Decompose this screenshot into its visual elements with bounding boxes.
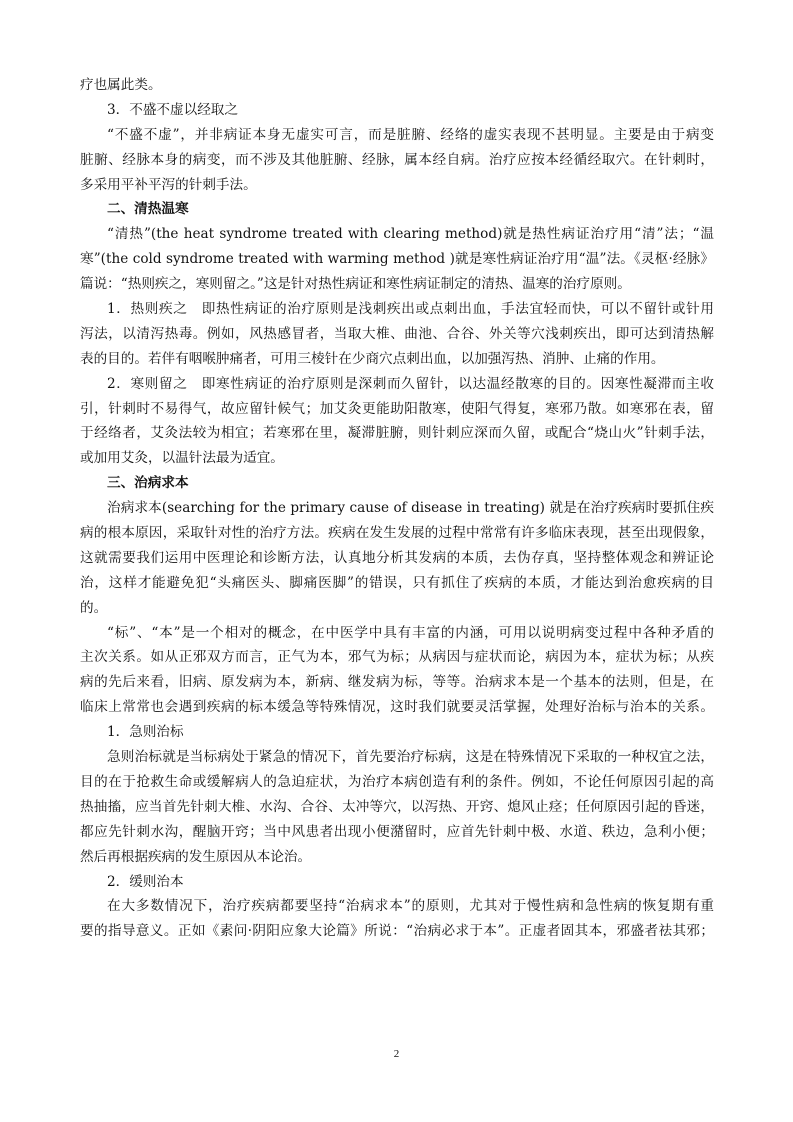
text-line: 表的目的。若伴有咽喉肿痛者，可用三棱针在少商穴点刺出血，以加强泻热、消肿、止痛的… [80, 347, 714, 372]
section-heading: 二、清热温寒 [80, 197, 714, 222]
text-line: 疗也属此类。 [80, 73, 714, 98]
text-line: 临床上常常也会遇到疾病的标本缓急等特殊情况，这时我们就要灵活掌握，处理好治标与治… [80, 695, 714, 720]
text-line: 泻法，以清泻热毒。例如，风热感冒者，当取大椎、曲池、合谷、外关等穴浅刺疾出，即可… [80, 322, 714, 347]
section-heading: 三、治病求本 [80, 471, 714, 496]
text-line: 主次关系。如从正邪双方而言，正气为本，邪气为标；从病因与症状而论，病因为本，症状… [80, 645, 714, 670]
text-line: 3．不盛不虚以经取之 [80, 98, 714, 123]
document-page: 疗也属此类。3．不盛不虚以经取之“不盛不虚”，并非病证本身无虚实可言，而是脏腑、… [80, 73, 714, 944]
text-line: 治病求本(searching for the primary cause of … [80, 496, 714, 521]
text-line: 引，针刺时不易得气，故应留针候气；加艾灸更能助阳散寒，使阳气得复，寒邪乃散。如寒… [80, 397, 714, 422]
text-line: 于经络者，艾灸法较为相宜；若寒邪在里，凝滞脏腑，则针刺应深而久留，或配合“烧山火… [80, 421, 714, 446]
text-line: 热抽搐，应当首先针刺大椎、水沟、合谷、太冲等穴，以泻热、开窍、熄风止痉；任何原因… [80, 795, 714, 820]
text-line: “标”、“本”是一个相对的概念，在中医学中具有丰富的内涵，可用以说明病变过程中各… [80, 621, 714, 646]
text-line: 篇说：“热则疾之，寒则留之。”这是针对热性病证和寒性病证制定的清热、温寒的治疗原… [80, 272, 714, 297]
text-line: 的。 [80, 596, 714, 621]
text-line: “清热”(the heat syndrome treated with clea… [80, 222, 714, 247]
text-line: 在大多数情况下，治疗疾病都要坚持“治病求本”的原则，尤其对于慢性病和急性病的恢复… [80, 894, 714, 919]
text-line: 急则治标就是当标病处于紧急的情况下，首先要治疗标病，这是在特殊情况下采取的一种权… [80, 745, 714, 770]
text-line: 要的指导意义。正如《素问·阴阳应象大论篇》所说：“治病必求于本”。正虚者固其本，… [80, 919, 714, 944]
text-line: 病的先后来看，旧病、原发病为本，新病、继发病为标，等等。治病求本是一个基本的法则… [80, 670, 714, 695]
text-line: “不盛不虚”，并非病证本身无虚实可言，而是脏腑、经络的虚实表现不甚明显。主要是由… [80, 123, 714, 148]
page-number: 2 [0, 1048, 793, 1060]
text-line: 2．缓则治本 [80, 870, 714, 895]
text-line: 这就需要我们运用中医理论和诊断方法，认真地分析其发病的本质，去伪存真，坚持整体观… [80, 546, 714, 571]
text-line: 多采用平补平泻的针刺手法。 [80, 173, 714, 198]
text-line: 病的根本原因，采取针对性的治疗方法。疾病在发生发展的过程中常常有许多临床表现，甚… [80, 521, 714, 546]
text-line: 1．热则疾之 即热性病证的治疗原则是浅刺疾出或点刺出血，手法宜轻而快，可以不留针… [80, 297, 714, 322]
text-line: 都应先针刺水沟，醒脑开窍；当中风患者出现小便潴留时，应首先针刺中极、水道、秩边，… [80, 820, 714, 845]
text-line: 目的在于抢救生命或缓解病人的急迫症状，为治疗本病创造有利的条件。例如，不论任何原… [80, 770, 714, 795]
text-line: 然后再根据疾病的发生原因从本论治。 [80, 845, 714, 870]
text-line: 寒”(the cold syndrome treated with warmin… [80, 247, 714, 272]
text-line: 或加用艾灸，以温针法最为适宜。 [80, 446, 714, 471]
text-line: 治，这样才能避免犯“头痛医头、脚痛医脚”的错误，只有抓住了疾病的本质，才能达到治… [80, 571, 714, 596]
text-line: 脏腑、经脉本身的病变，而不涉及其他脏腑、经脉，属本经自病。治疗应按本经循经取穴。… [80, 148, 714, 173]
text-line: 2．寒则留之 即寒性病证的治疗原则是深刺而久留针，以达温经散寒的目的。因寒性凝滞… [80, 372, 714, 397]
text-line: 1．急则治标 [80, 720, 714, 745]
